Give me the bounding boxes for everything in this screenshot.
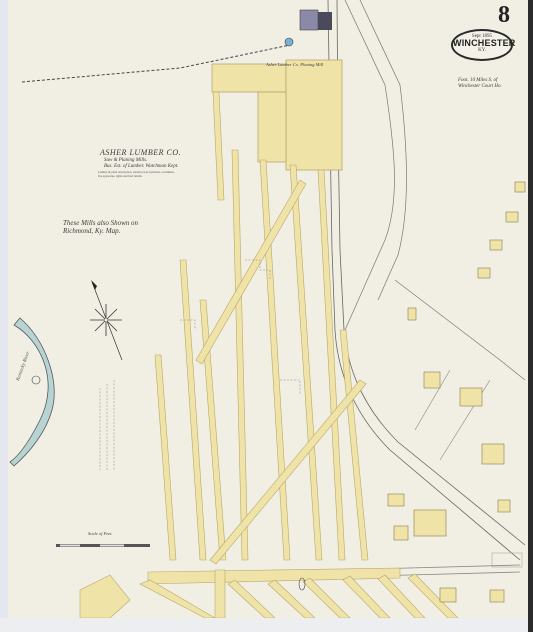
map-drawing	[0, 0, 533, 618]
kentucky-river	[10, 318, 54, 466]
scale-bar	[56, 544, 150, 547]
scale-label: Scale of Feet.	[88, 531, 113, 536]
title-cartouche: Sept 1895 WINCHESTER KY.	[451, 29, 513, 61]
location-note: Foot. 10 Miles S. of Winchester Court Ho…	[458, 78, 502, 90]
company-details: Lumber & plant description, steam power,…	[98, 170, 178, 178]
cartouche-city: WINCHESTER	[453, 39, 511, 48]
mills-note: These Mills also Shown on Richmond, Ky. …	[63, 219, 138, 235]
planing-mill-label: Asher Lumber Co. Planing Mill	[266, 62, 323, 67]
company-subtitle: Saw & Planing Mills. Bus. Est. of Lumber…	[104, 158, 178, 170]
cartouche-state: KY.	[453, 48, 511, 53]
sheet-number: 8	[498, 2, 510, 29]
location-note-line-2: Winchester Court Ho.	[458, 84, 502, 90]
company-name: ASHER LUMBER CO.	[100, 148, 181, 157]
mills-note-line-1: These Mills also Shown on	[63, 219, 138, 227]
mills-note-line-2: Richmond, Ky. Map.	[63, 227, 138, 235]
north-arrow	[90, 280, 122, 360]
bottom-margin	[0, 618, 533, 632]
